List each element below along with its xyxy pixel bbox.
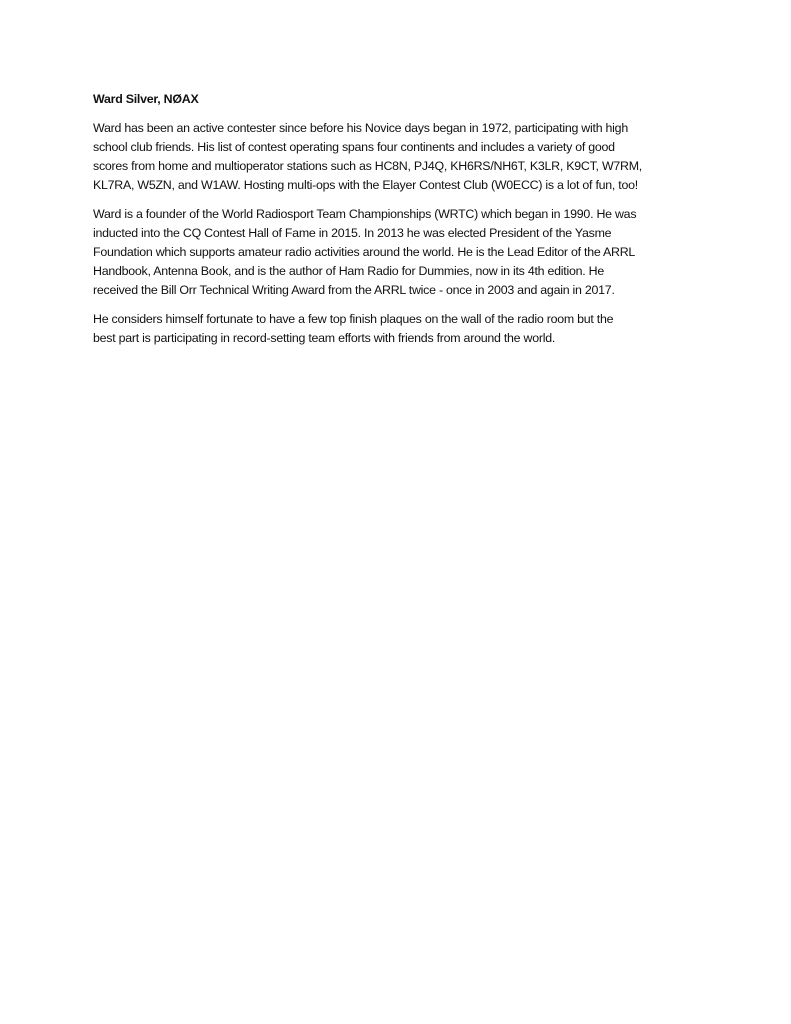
paragraph-contesting: Ward has been an active contester since … — [93, 119, 713, 195]
paragraph-line: scores from home and multioperator stati… — [93, 157, 713, 176]
paragraph-line: Ward has been an active contester since … — [93, 119, 713, 138]
document-title: Ward Silver, NØAX — [93, 90, 713, 109]
paragraph-line: received the Bill Orr Technical Writing … — [93, 281, 713, 300]
paragraph-line: inducted into the CQ Contest Hall of Fam… — [93, 224, 713, 243]
paragraph-achievements: Ward is a founder of the World Radiospor… — [93, 205, 713, 300]
paragraph-line: Foundation which supports amateur radio … — [93, 243, 713, 262]
paragraph-line: Handbook, Antenna Book, and is the autho… — [93, 262, 713, 281]
paragraph-line: school club friends. His list of contest… — [93, 138, 713, 157]
paragraph-line: best part is participating in record-set… — [93, 329, 713, 348]
paragraph-line: Ward is a founder of the World Radiospor… — [93, 205, 713, 224]
paragraph-line: He considers himself fortunate to have a… — [93, 310, 713, 329]
paragraph-closing: He considers himself fortunate to have a… — [93, 310, 713, 348]
document-page: Ward Silver, NØAX Ward has been an activ… — [93, 90, 713, 358]
paragraph-line: KL7RA, W5ZN, and W1AW. Hosting multi-ops… — [93, 176, 713, 195]
